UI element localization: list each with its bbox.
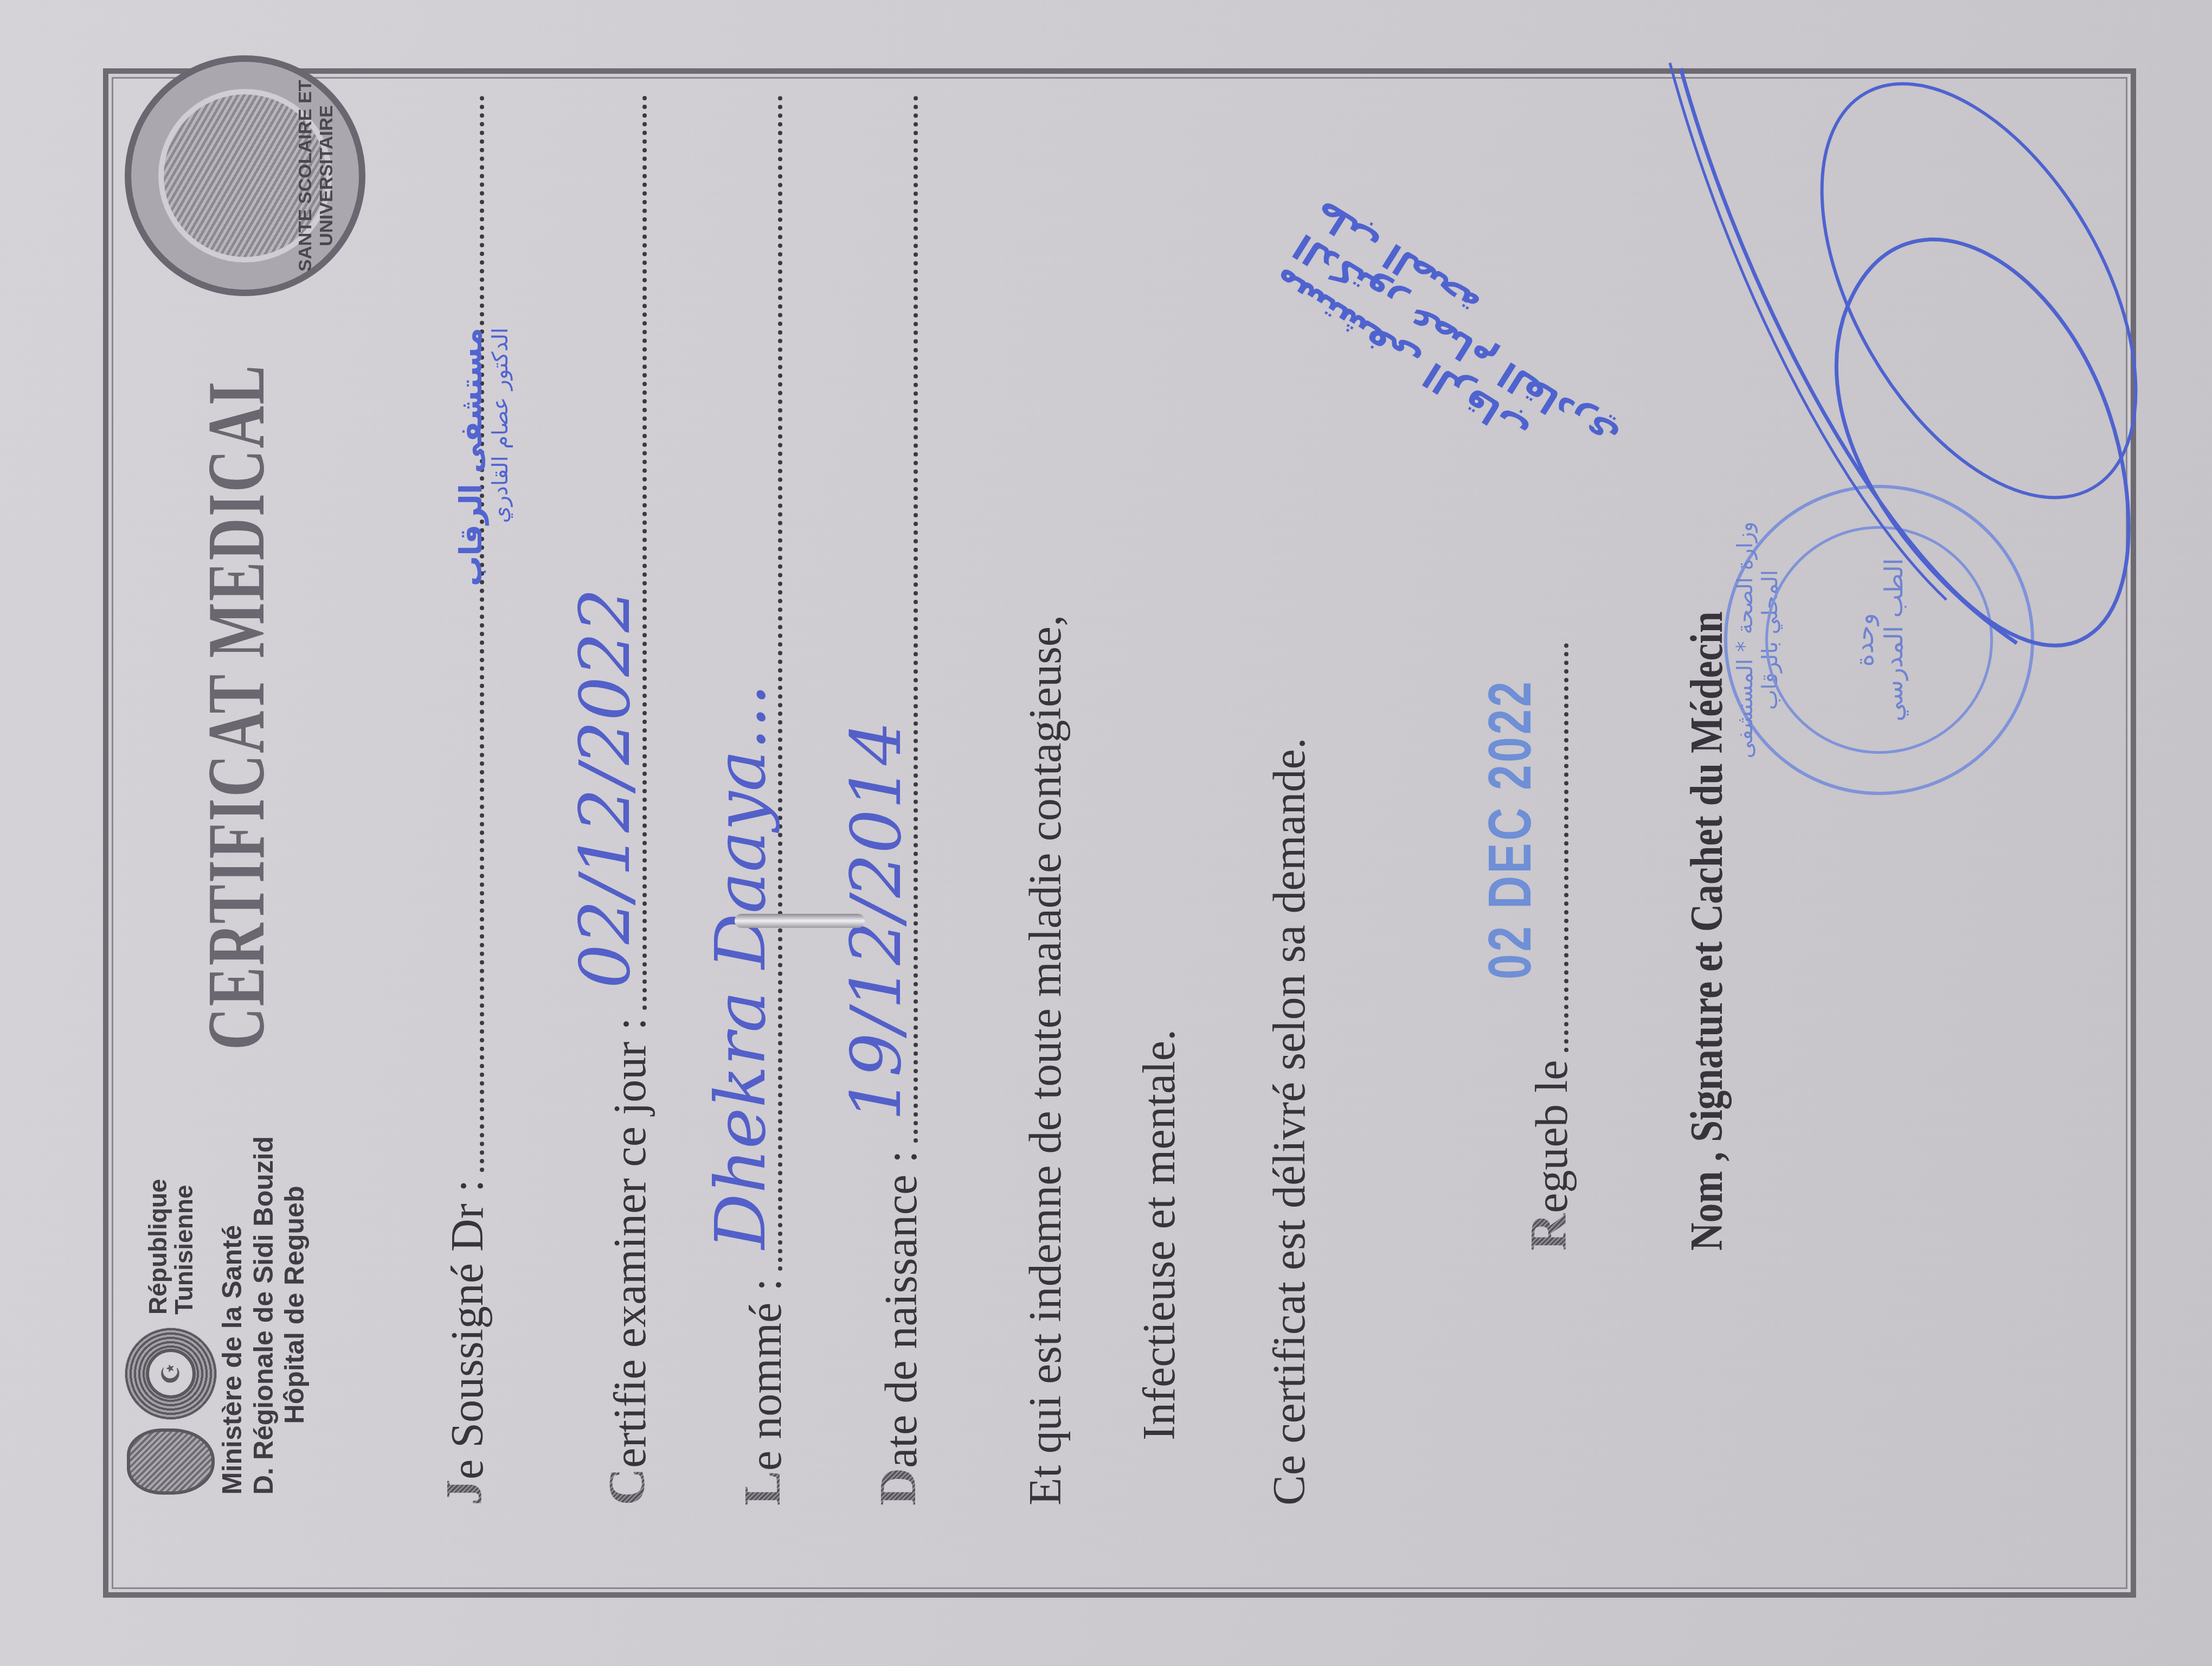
date-stamp: 02 DEC 2022 [1475, 679, 1545, 979]
ministry-label: Ministère de la Santé [217, 1115, 248, 1495]
republic-label: République Tunisienne [145, 1179, 197, 1315]
statement-line-1: Et qui est indemne de toute maladie cont… [1019, 615, 1072, 1505]
signature-label: Nom , Signature et Cachet du Médecin [1681, 611, 1733, 1251]
doctor-name-stamp: مستشفى الرقاب الدكتور عصام القادري [455, 328, 512, 586]
doctor-label: e Soussigné Dr : [441, 1180, 494, 1479]
coat-of-arms-icon [127, 1428, 215, 1495]
hospital-label: Hôpital de Regueb [279, 1115, 311, 1495]
emblems: ☪ République Tunisienne [125, 1115, 217, 1495]
exam-date-field: Certifie examiner ce jour : 02/12/2022 [596, 95, 657, 1505]
birth-date-line: 19/12/2014 [914, 95, 918, 1143]
letterhead: ☪ République Tunisienne Ministère de la … [125, 1115, 311, 1495]
birth-date-label: ate de naissance : [875, 1150, 928, 1468]
place-date-line [1564, 643, 1568, 1052]
seal-text: SANTE SCOLAIRE ET UNIVERSITAIRE [295, 62, 337, 290]
regional-direction-label: D. Régionale de Sidi Bouzid [248, 1115, 280, 1495]
crescent-star-emblem-icon: ☪ [125, 1328, 217, 1420]
doctor-field-line: مستشفى الرقاب الدكتور عصام القادري [480, 95, 484, 1172]
exam-date-handwritten: 02/12/2022 [565, 588, 646, 989]
medical-certificate-page: ☪ République Tunisienne Ministère de la … [54, 47, 2158, 1619]
name-line: Dhekra Daaya... [778, 95, 782, 1271]
delivery-statement: Ce certificat est délivré selon sa deman… [1263, 738, 1316, 1505]
name-handwritten: Dhekra Daaya... [700, 684, 781, 1249]
exam-date-label: ertifie examiner ce jour : [604, 1017, 657, 1468]
statement-line-2: Infectieuse et mentale. [1133, 1029, 1186, 1440]
birth-date-field: Date de naissance : 19/12/2014 [867, 95, 928, 1505]
doctor-field: Je Soussigné Dr : مستشفى الرقاب الدكتور … [434, 95, 494, 1505]
document-title: CERTIFICAT MEDICAL [190, 364, 283, 1050]
place-label: egueb le [1526, 1060, 1578, 1213]
page-border [103, 68, 2136, 1598]
name-field: Le nommé : Dhekra Daaya... [732, 95, 792, 1505]
official-seal-icon: SANTE SCOLAIRE ET UNIVERSITAIRE [125, 55, 365, 296]
school-health-unit-stamp: وزارة الصحة * المستشفى المحلي بالرقاب وح… [1724, 485, 2034, 795]
exam-date-line: 02/12/2022 [642, 95, 647, 1010]
name-label: e nommé : [740, 1278, 792, 1471]
staple-mark [735, 914, 865, 928]
